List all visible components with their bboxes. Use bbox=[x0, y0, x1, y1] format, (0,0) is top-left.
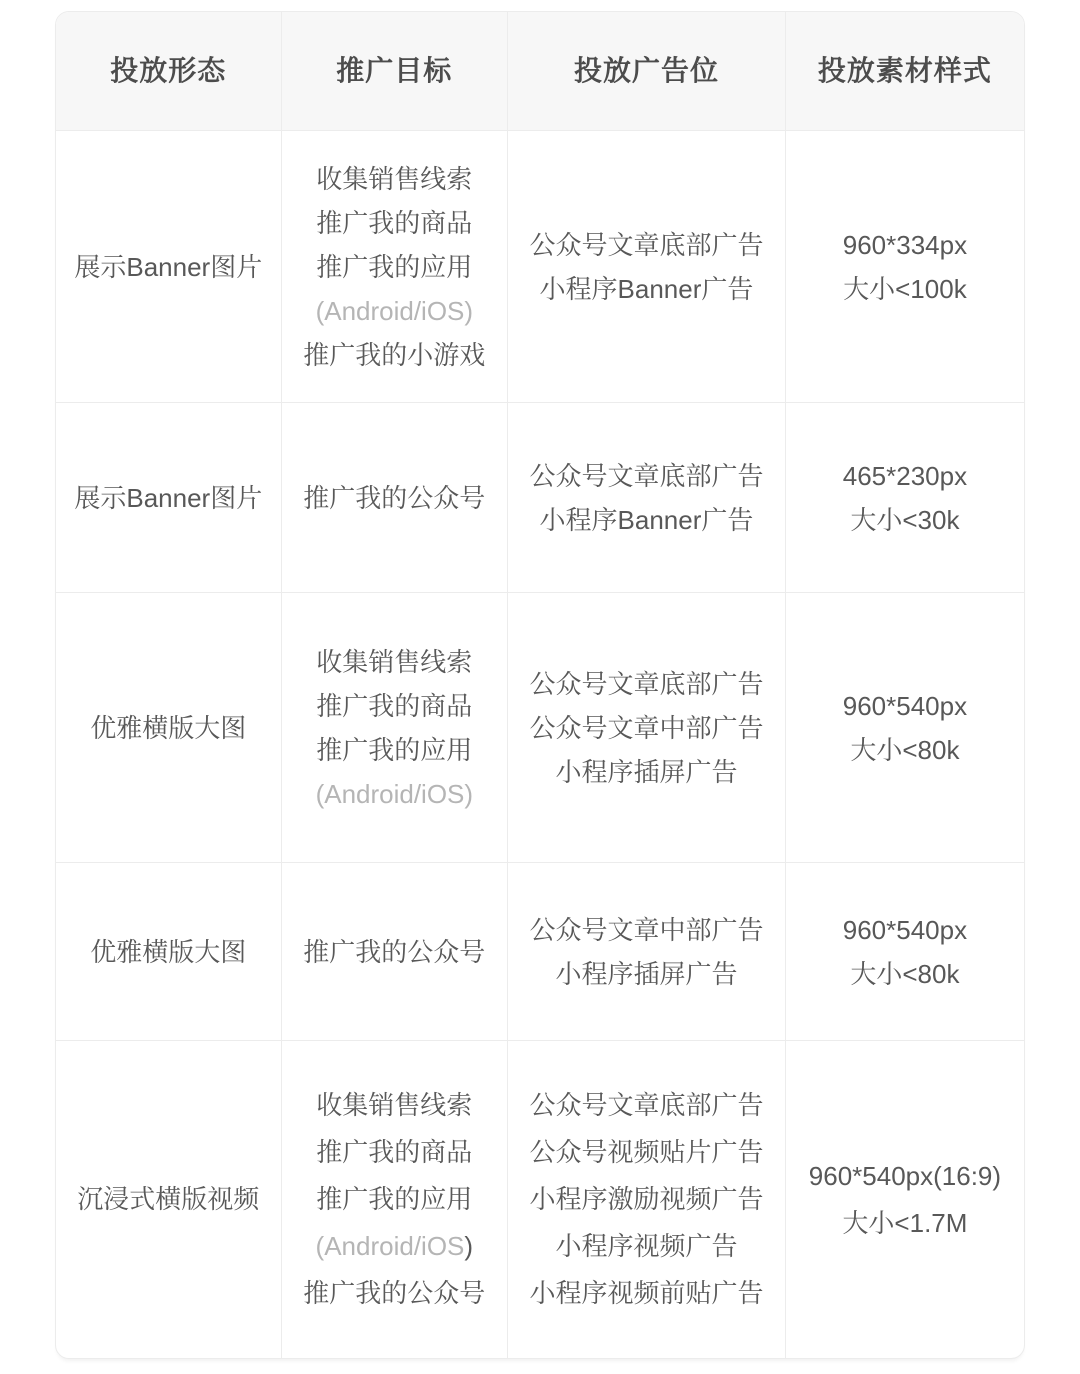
cell-material-spec: 960*540px大小<80k bbox=[785, 863, 1024, 1040]
placement-form-text: 优雅横版大图 bbox=[90, 706, 246, 750]
table-body: 展示Banner图片收集销售线索推广我的商品推广我的应用(Android/iOS… bbox=[56, 130, 1024, 1358]
ad-position-line: 小程序视频广告 bbox=[555, 1223, 737, 1270]
column-header-label: 推广目标 bbox=[336, 49, 452, 93]
table-row: 沉浸式横版视频收集销售线索推广我的商品推广我的应用(Android/iOS)推广… bbox=[56, 1040, 1024, 1358]
material-spec-line: 大小<80k bbox=[850, 728, 959, 772]
cell-promo-goals: 推广我的公众号 bbox=[281, 863, 508, 1040]
material-spec-line: 大小<80k bbox=[850, 952, 959, 996]
promo-goal-line: 推广我的应用 bbox=[316, 245, 472, 289]
column-header-label: 投放广告位 bbox=[574, 49, 719, 93]
ad-position-line: 公众号文章中部广告 bbox=[529, 908, 763, 952]
promo-goal-line: 推广我的小游戏 bbox=[303, 333, 485, 377]
ad-specs-table: 投放形态 推广目标 投放广告位 投放素材样式 展示Banner图片收集销售线索推… bbox=[55, 11, 1025, 1359]
material-spec-line: 大小<1.7M bbox=[842, 1200, 967, 1247]
cell-placement-form: 沉浸式横版视频 bbox=[56, 1041, 281, 1358]
column-header-ad-position: 投放广告位 bbox=[507, 12, 785, 130]
promo-goal-line: 推广我的商品 bbox=[316, 201, 472, 245]
cell-ad-positions: 公众号文章底部广告小程序Banner广告 bbox=[507, 403, 785, 592]
column-header-placement-form: 投放形态 bbox=[56, 12, 281, 130]
ad-position-line: 小程序激励视频广告 bbox=[529, 1176, 763, 1223]
promo-goal-line: 收集销售线索 bbox=[316, 640, 472, 684]
cell-ad-positions: 公众号文章底部广告公众号文章中部广告小程序插屏广告 bbox=[507, 593, 785, 862]
placement-form-text: 展示Banner图片 bbox=[74, 245, 262, 289]
column-header-label: 投放素材样式 bbox=[818, 49, 992, 93]
ad-position-line: 公众号视频贴片广告 bbox=[529, 1129, 763, 1176]
ad-position-line: 公众号文章底部广告 bbox=[529, 223, 763, 267]
ad-position-line: 小程序插屏广告 bbox=[555, 750, 737, 794]
placement-form-text: 沉浸式横版视频 bbox=[77, 1176, 259, 1223]
material-spec-line: 960*540px(16:9) bbox=[809, 1153, 1001, 1200]
placement-form-text: 优雅横版大图 bbox=[90, 930, 246, 974]
cell-placement-form: 优雅横版大图 bbox=[56, 863, 281, 1040]
ad-position-line: 小程序Banner广告 bbox=[540, 267, 754, 311]
promo-goal-line: (Android/iOS) bbox=[316, 289, 474, 333]
material-spec-line: 大小<30k bbox=[850, 498, 959, 542]
promo-goal-line-suffix: ) bbox=[464, 1231, 473, 1261]
ad-position-line: 小程序Banner广告 bbox=[540, 498, 754, 542]
cell-promo-goals: 收集销售线索推广我的商品推广我的应用(Android/iOS) bbox=[281, 593, 508, 862]
cell-material-spec: 960*540px大小<80k bbox=[785, 593, 1024, 862]
promo-goal-line: 推广我的应用 bbox=[316, 1176, 472, 1223]
material-spec-line: 465*230px bbox=[843, 454, 967, 498]
cell-ad-positions: 公众号文章中部广告小程序插屏广告 bbox=[507, 863, 785, 1040]
material-spec-line: 960*540px bbox=[843, 908, 967, 952]
cell-ad-positions: 公众号文章底部广告公众号视频贴片广告小程序激励视频广告小程序视频广告小程序视频前… bbox=[507, 1041, 785, 1358]
promo-goal-line: 推广我的应用 bbox=[316, 728, 472, 772]
placement-form-text: 展示Banner图片 bbox=[74, 476, 262, 520]
column-header-label: 投放形态 bbox=[110, 49, 226, 93]
cell-placement-form: 展示Banner图片 bbox=[56, 131, 281, 402]
ad-position-line: 公众号文章底部广告 bbox=[529, 662, 763, 706]
table-row: 展示Banner图片推广我的公众号公众号文章底部广告小程序Banner广告465… bbox=[56, 402, 1024, 592]
ad-position-line: 公众号文章底部广告 bbox=[529, 454, 763, 498]
material-spec-line: 大小<100k bbox=[843, 267, 967, 311]
table-row: 优雅横版大图推广我的公众号公众号文章中部广告小程序插屏广告960*540px大小… bbox=[56, 862, 1024, 1040]
material-spec-line: 960*334px bbox=[843, 223, 967, 267]
cell-promo-goals: 推广我的公众号 bbox=[281, 403, 508, 592]
cell-material-spec: 960*334px大小<100k bbox=[785, 131, 1024, 402]
cell-material-spec: 960*540px(16:9)大小<1.7M bbox=[785, 1041, 1024, 1358]
cell-ad-positions: 公众号文章底部广告小程序Banner广告 bbox=[507, 131, 785, 402]
table-row: 优雅横版大图收集销售线索推广我的商品推广我的应用(Android/iOS)公众号… bbox=[56, 592, 1024, 862]
ad-position-line: 小程序视频前贴广告 bbox=[529, 1270, 763, 1317]
promo-goal-line: 推广我的商品 bbox=[316, 1129, 472, 1176]
promo-goal-line: 收集销售线索 bbox=[316, 1082, 472, 1129]
column-header-promo-goal: 推广目标 bbox=[281, 12, 508, 130]
promo-goal-line: (Android/iOS) bbox=[316, 772, 474, 816]
promo-goal-line: (Android/iOS) bbox=[316, 1223, 474, 1270]
table-header-row: 投放形态 推广目标 投放广告位 投放素材样式 bbox=[56, 12, 1024, 130]
cell-placement-form: 优雅横版大图 bbox=[56, 593, 281, 862]
promo-goal-line: 推广我的公众号 bbox=[303, 930, 485, 974]
promo-goal-line: 推广我的公众号 bbox=[303, 476, 485, 520]
column-header-material-spec: 投放素材样式 bbox=[785, 12, 1024, 130]
promo-goal-line: 推广我的公众号 bbox=[303, 1270, 485, 1317]
cell-promo-goals: 收集销售线索推广我的商品推广我的应用(Android/iOS)推广我的小游戏 bbox=[281, 131, 508, 402]
ad-position-line: 公众号文章底部广告 bbox=[529, 1082, 763, 1129]
material-spec-line: 960*540px bbox=[843, 684, 967, 728]
cell-promo-goals: 收集销售线索推广我的商品推广我的应用(Android/iOS)推广我的公众号 bbox=[281, 1041, 508, 1358]
ad-position-line: 公众号文章中部广告 bbox=[529, 706, 763, 750]
promo-goal-line: 收集销售线索 bbox=[316, 157, 472, 201]
table-row: 展示Banner图片收集销售线索推广我的商品推广我的应用(Android/iOS… bbox=[56, 130, 1024, 402]
promo-goal-line: 推广我的商品 bbox=[316, 684, 472, 728]
ad-position-line: 小程序插屏广告 bbox=[555, 952, 737, 996]
cell-material-spec: 465*230px大小<30k bbox=[785, 403, 1024, 592]
cell-placement-form: 展示Banner图片 bbox=[56, 403, 281, 592]
